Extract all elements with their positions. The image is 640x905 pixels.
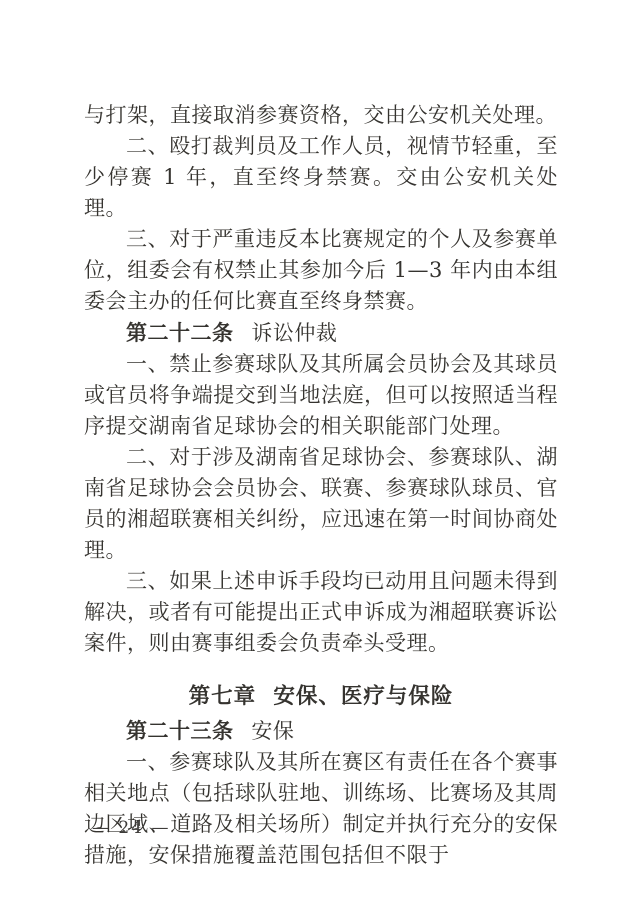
article-title: 安保	[251, 719, 294, 743]
paragraph-continuation: 与打架，直接取消参赛资格，交由公安机关处理。	[84, 100, 558, 131]
chapter-number: 第七章	[189, 684, 257, 709]
paragraph: 三、如果上述申诉手段均已动用且问题未得到解决，或者有可能提出正式申诉成为湘超联赛…	[84, 566, 558, 659]
document-page: 与打架，直接取消参赛资格，交由公安机关处理。 二、殴打裁判员及工作人员，视情节轻…	[0, 0, 640, 905]
paragraph: 三、对于严重违反本比赛规定的个人及参赛单位，组委会有权禁止其参加今后 1—3 年…	[84, 224, 558, 317]
paragraph: 二、对于涉及湖南省足球协会、参赛球队、湖南省足球协会会员协会、联赛、参赛球队球员…	[84, 442, 558, 566]
article-heading-22: 第二十二条诉讼仲裁	[84, 317, 558, 349]
article-heading-23: 第二十三条安保	[84, 715, 558, 747]
paragraph: 一、参赛球队及其所在赛区有责任在各个赛事相关地点（包括球队驻地、训练场、比赛场及…	[84, 747, 558, 871]
chapter-title: 安保、医疗与保险	[273, 684, 453, 709]
article-number: 第二十三条	[126, 718, 234, 743]
article-number: 第二十二条	[126, 320, 234, 345]
chapter-heading-7: 第七章安保、医疗与保险	[84, 681, 558, 713]
paragraph: 一、禁止参赛球队及其所属会员协会及其球员或官员将争端提交到当地法庭，但可以按照适…	[84, 349, 558, 442]
page-number: — 24 —	[92, 818, 170, 838]
article-title: 诉讼仲裁	[251, 321, 337, 345]
paragraph: 二、殴打裁判员及工作人员，视情节轻重，至少停赛 1 年，直至终身禁赛。交由公安机…	[84, 131, 558, 224]
page-body: 与打架，直接取消参赛资格，交由公安机关处理。 二、殴打裁判员及工作人员，视情节轻…	[84, 100, 558, 871]
